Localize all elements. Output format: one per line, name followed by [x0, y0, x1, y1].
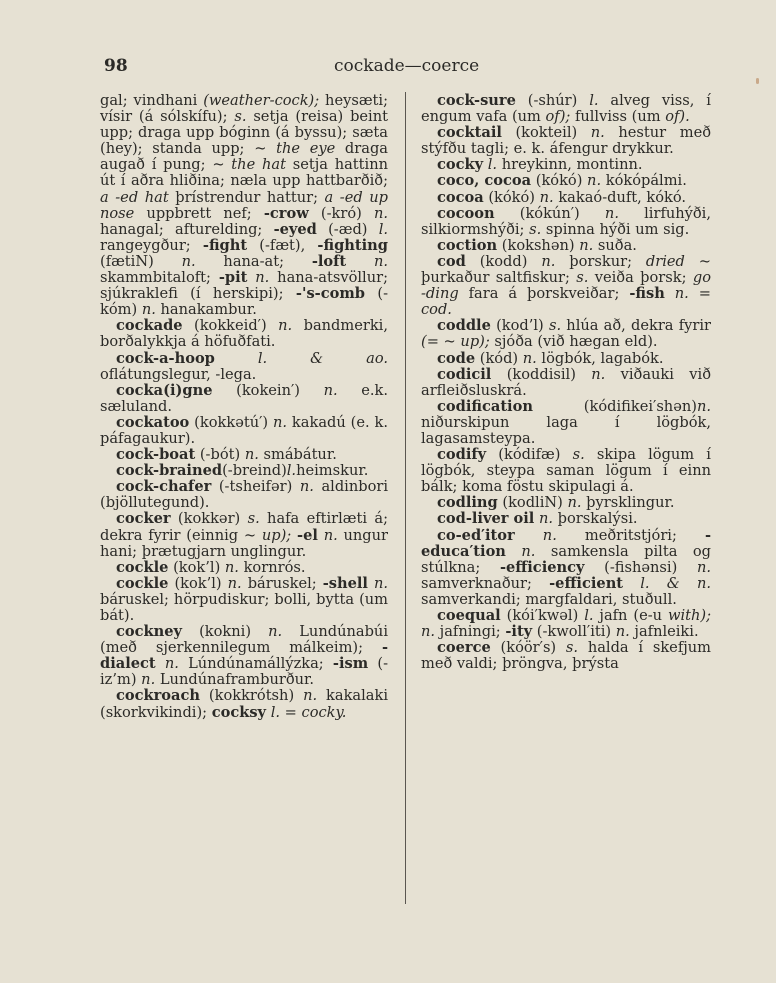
italic-text: s. [576, 269, 588, 286]
dictionary-entry: code (kód) n. lögbók, lagabók. [421, 351, 711, 367]
headword: cockney [116, 623, 182, 640]
definition-text: hanagal; afturelding; [100, 221, 274, 238]
headword: -eyed [274, 221, 317, 238]
definition-text: (kodliN) [498, 494, 568, 511]
italic-text: n. [245, 446, 259, 463]
definition-text: kakaó-duft, kókó. [554, 189, 686, 206]
italic-text: n. [374, 205, 388, 222]
italic-text: ~ up); [244, 527, 291, 544]
dictionary-entry: cocky l. hreykinn, montinn. [421, 157, 711, 173]
headword: cod-liver oil [437, 510, 534, 527]
headword: codify [437, 446, 486, 463]
headword: code [437, 350, 475, 367]
definition-text: (-kró) [309, 205, 374, 222]
headword: codification [437, 398, 533, 415]
italic-text: (weather-cock); [203, 92, 319, 109]
definition-text: (-breind) [222, 462, 287, 479]
definition-text: (kód) [475, 350, 523, 367]
definition-text: þrístrendur hattur; [169, 189, 325, 206]
headword: cockle [116, 559, 168, 576]
headword: cocka(i)gne [116, 382, 213, 399]
italic-text: n. [567, 494, 581, 511]
dictionary-entry: coco, cocoa (kókó) n. kókópálmi. [421, 173, 711, 189]
definition-text: fullviss (um [570, 108, 665, 125]
dictionary-entry: cockle (kok’l) n. kornrós. [100, 560, 388, 576]
italic-text: n. [374, 575, 388, 592]
italic-text: (= ~ up); [421, 333, 490, 350]
headword: co-ed′itor [437, 527, 515, 544]
italic-text: with); [668, 607, 711, 624]
dictionary-entry: coerce (kóör′s) s. halda í skefjum með v… [421, 640, 711, 672]
headword: -fish [629, 285, 665, 302]
definition-text: veiða þorsk; [588, 269, 692, 286]
headword: -fight [203, 237, 247, 254]
italic-text: of); [546, 108, 571, 125]
headword: -pit [219, 269, 248, 286]
definition-text: báruskel; [242, 575, 323, 592]
italic-text: n. [374, 253, 388, 270]
italic-text: s. [248, 510, 260, 527]
definition-text: suða. [593, 237, 637, 254]
headword: codicil [437, 366, 491, 383]
dictionary-entry: cock-boat (-bót) n. smábátur. [100, 447, 388, 463]
page-header: 98 cockade—coerce [104, 56, 718, 80]
definition-text: (-bót) [195, 446, 245, 463]
italic-text: cocky. [302, 704, 347, 721]
headword: codling [437, 494, 498, 511]
italic-text: l. [287, 462, 296, 479]
italic-text: n. [587, 172, 601, 189]
italic-text: s. [234, 108, 246, 125]
definition-text: (kod’l) [491, 317, 549, 334]
headword: -efficient [549, 575, 623, 592]
italic-text: n. [605, 205, 619, 222]
italic-text: n. [300, 478, 314, 495]
headword: -ity [505, 623, 532, 640]
headword: -el [297, 527, 318, 544]
column-divider [405, 92, 406, 904]
definition-text: báruskel; hörpudiskur; bolli, bytta (um … [100, 591, 388, 624]
definition-text: þorskalýsi. [553, 510, 637, 527]
definition-text: skammbitaloft; [100, 269, 219, 286]
headword: cocoon [437, 205, 495, 222]
headword: coddle [437, 317, 491, 334]
definition-text: (kókún′) [495, 205, 605, 222]
running-head: cockade—coerce [334, 56, 479, 76]
definition-text: (-shúr) [516, 92, 589, 109]
italic-text: n. [543, 527, 557, 544]
italic-text: s. [573, 446, 585, 463]
definition-text: (kódifæ) [486, 446, 572, 463]
definition-text: jafnleiki. [630, 623, 699, 640]
headword: -'s-comb [296, 285, 365, 302]
dictionary-entry: coction (kokshən) n. suða. [421, 238, 711, 254]
definition-text: lögbók, lagabók. [537, 350, 664, 367]
italic-text: n. [616, 623, 630, 640]
definition-text: jafningi; [435, 623, 505, 640]
headword: cocoa [437, 189, 484, 206]
italic-text: n. [697, 559, 711, 576]
italic-text: l. [379, 221, 388, 238]
definition-text: niðurskipun laga í lögbók, lagasamsteypa… [421, 414, 711, 447]
headword: coerce [437, 639, 491, 656]
definition-text: jafn (e-u [594, 607, 668, 624]
italic-text: of). [665, 108, 690, 125]
headword: cockade [116, 317, 183, 334]
headword: cockroach [116, 687, 200, 704]
headword: coco, cocoa [437, 172, 531, 189]
definition-text: smábátur. [259, 446, 337, 463]
dictionary-entry: cock-a-hoop l. & ao. oflátungslegur, -le… [100, 351, 388, 383]
italic-text: cod. [421, 301, 452, 318]
dictionary-entry: coequal (kói′kwəl) l. jafn (e-u with); n… [421, 608, 711, 640]
definition-text: (kokkeid′) [183, 317, 279, 334]
italic-text: a -ed hat [100, 189, 169, 206]
definition-text: (kokkrótsh) [200, 687, 303, 704]
dictionary-entry: cocoon (kókún′) n. lirfuhýði, silkiormsh… [421, 206, 711, 238]
italic-text: n. [675, 285, 689, 302]
definition-text: heimskur. [296, 462, 368, 479]
definition-text [665, 285, 675, 302]
definition-text: (-fishənsi) [585, 559, 697, 576]
italic-text: n. [165, 655, 179, 672]
definition-text: samverknaður; [421, 575, 549, 592]
definition-text: kornrós. [239, 559, 306, 576]
italic-text: s. [529, 221, 541, 238]
italic-text: n. [182, 253, 196, 270]
definition-text: samverkandi; margfaldari, stuðull. [421, 591, 677, 608]
italic-text: n. [268, 623, 282, 640]
definition-text: Lundúnaframburður. [155, 671, 314, 688]
definition-text: sjóða (við hægan eld). [490, 333, 658, 350]
italic-text: n. [591, 124, 605, 141]
dictionary-entry: cocoa (kókó) n. kakaó-duft, kókó. [421, 190, 711, 206]
definition-text: (kokteil) [502, 124, 591, 141]
definition-text: (-æd) [317, 221, 379, 238]
dictionary-entry: cock-brained(-breind)l.heimskur. [100, 463, 388, 479]
definition-text: (kódifikei′shən) [533, 398, 697, 415]
definition-text: (-tsheifər) [211, 478, 300, 495]
definition-text: (kóör′s) [491, 639, 566, 656]
left-column: gal; vindhani (weather-cock); heysæti; v… [100, 93, 388, 721]
headword: cock-chafer [116, 478, 211, 495]
dictionary-entry: cocka(i)gne (kokein′) n. e.k. sæluland. [100, 383, 388, 415]
italic-text: n. [324, 382, 338, 399]
headword: cock-sure [437, 92, 516, 109]
dictionary-entry: cocker (kokkər) s. hafa eftirlæti á; dek… [100, 511, 388, 559]
italic-text: n. [141, 671, 155, 688]
definition-text: (-kwoll′iti) [532, 623, 616, 640]
headword: cocksy [212, 704, 266, 721]
definition-text: (kok’l) [168, 575, 227, 592]
definition-text: Lúndúnamállýzka; [179, 655, 333, 672]
italic-text: dried ~ [646, 253, 711, 270]
italic-text: n. [521, 543, 535, 560]
dictionary-entry: codify (kódifæ) s. skipa lögum í lögbók,… [421, 447, 711, 495]
headword: cocker [116, 510, 171, 527]
italic-text: n. [324, 527, 338, 544]
definition-text: (kokni) [182, 623, 268, 640]
definition-text [623, 575, 640, 592]
page-number: 98 [104, 56, 128, 76]
dictionary-entry: cockle (kok’l) n. báruskel; -shell n. bá… [100, 576, 388, 624]
dictionary-entry: codification (kódifikei′shən)n. niðurski… [421, 399, 711, 447]
italic-text: n. [142, 301, 156, 318]
definition-text [515, 527, 543, 544]
definition-text: þorskur; [555, 253, 646, 270]
headword: coequal [437, 607, 501, 624]
italic-text: l. [271, 704, 280, 721]
headword: cock-a-hoop [116, 350, 215, 367]
headword: cockatoo [116, 414, 189, 431]
headword: cock-boat [116, 446, 195, 463]
definition-text: gal; vindhani [100, 92, 203, 109]
headword: -crow [264, 205, 309, 222]
italic-text: n. [523, 350, 537, 367]
right-column: cock-sure (-shúr) l. alveg viss, í engum… [421, 93, 711, 672]
definition-text: spinna hýði um sig. [541, 221, 689, 238]
headword: cocktail [437, 124, 502, 141]
italic-text: n. [273, 414, 287, 431]
definition-text: (kókó) [484, 189, 540, 206]
italic-text: s. [549, 317, 561, 334]
headword: cockle [116, 575, 168, 592]
italic-text: n. [591, 366, 605, 383]
italic-text: n. [228, 575, 242, 592]
definition-text: (fætiN) [100, 253, 182, 270]
definition-text [506, 543, 521, 560]
definition-text: þyrsklingur. [582, 494, 675, 511]
headword: cocky [437, 156, 483, 173]
italic-text: n. [421, 623, 435, 640]
definition-text: hlúa að, dekra fyrir [561, 317, 711, 334]
definition-text: (kok’l) [168, 559, 224, 576]
italic-text: n. [278, 317, 292, 334]
definition-text: (kokkətú′) [189, 414, 273, 431]
definition-text: (kokshən) [497, 237, 579, 254]
definition-text: (kokkər) [171, 510, 248, 527]
headword: coction [437, 237, 497, 254]
italic-text: n. [697, 398, 711, 415]
italic-text: l. [589, 92, 598, 109]
definition-text: hanakambur. [156, 301, 257, 318]
definition-text [346, 253, 374, 270]
italic-text: l. & ao. [258, 350, 388, 367]
dictionary-entry: codicil (koddisil) n. viðauki við arflei… [421, 367, 711, 399]
italic-text: n. [255, 269, 269, 286]
italic-text: ~ the hat [212, 156, 286, 173]
definition-text: (kói′kwəl) [501, 607, 584, 624]
definition-text: rangeygður; [100, 237, 203, 254]
italic-text: l. [584, 607, 593, 624]
definition-text [215, 350, 258, 367]
definition-text: meðritstjóri; [557, 527, 705, 544]
paper-blemish [756, 78, 759, 84]
italic-text: s. [566, 639, 578, 656]
italic-text: n. [579, 237, 593, 254]
headword: -loft [312, 253, 346, 270]
definition-text: kókópálmi. [601, 172, 687, 189]
dictionary-entry: co-ed′itor n. meðritstjóri; -educa′tion … [421, 528, 711, 608]
definition-text: fara á þorskveiðar; [459, 285, 630, 302]
italic-text: ~ the eye [254, 140, 335, 157]
definition-text: (kodd) [466, 253, 542, 270]
definition-text: oflátungslegur, -lega. [100, 366, 256, 383]
italic-text: n. [303, 687, 317, 704]
definition-text: = [689, 285, 711, 302]
headword: cock-brained [116, 462, 222, 479]
italic-text: l. [488, 156, 497, 173]
definition-text: (-fæt), [247, 237, 317, 254]
definition-text: þurkaður saltfiskur; [421, 269, 576, 286]
dictionary-entry: coddle (kod’l) s. hlúa að, dekra fyrir (… [421, 318, 711, 350]
dictionary-entry: cock-sure (-shúr) l. alveg viss, í engum… [421, 93, 711, 125]
dictionary-entry: cockatoo (kokkətú′) n. kakadú (e. k. páf… [100, 415, 388, 447]
dictionary-entry: cockroach (kokkrótsh) n. kakalaki (skork… [100, 688, 388, 720]
definition-text: hreykinn, montinn. [497, 156, 642, 173]
dictionary-entry: cock-chafer (-tsheifər) n. aldinbori (bj… [100, 479, 388, 511]
headword: cod [437, 253, 466, 270]
definition-text: (kókó) [531, 172, 587, 189]
headword: -ism [333, 655, 368, 672]
dictionary-entry: cocktail (kokteil) n. hestur með stýfðu … [421, 125, 711, 157]
headword: -shell [323, 575, 368, 592]
dictionary-entry: cod-liver oil n. þorskalýsi. [421, 511, 711, 527]
definition-text: (koddisil) [491, 366, 591, 383]
definition-text: uppbrett nef; [134, 205, 264, 222]
dictionary-entry: cod (kodd) n. þorskur; dried ~ þurkaður … [421, 254, 711, 318]
dictionary-entry: codling (kodliN) n. þyrsklingur. [421, 495, 711, 511]
definition-text [156, 655, 165, 672]
italic-text: n. [541, 253, 555, 270]
italic-text: l. & n. [640, 575, 711, 592]
italic-text: n. [540, 189, 554, 206]
definition-text: hana-at; [196, 253, 312, 270]
headword: -efficiency [500, 559, 585, 576]
italic-text: n. [539, 510, 553, 527]
definition-text: = [280, 704, 302, 721]
dictionary-entry: gal; vindhani (weather-cock); heysæti; v… [100, 93, 388, 318]
dictionary-entry: cockade (kokkeid′) n. bandmerki, borðaly… [100, 318, 388, 350]
italic-text: n. [225, 559, 239, 576]
headword: -fighting [317, 237, 388, 254]
definition-text: (kokein′) [213, 382, 324, 399]
dictionary-entry: cockney (kokni) n. Lundúnabúi (með sjerk… [100, 624, 388, 688]
